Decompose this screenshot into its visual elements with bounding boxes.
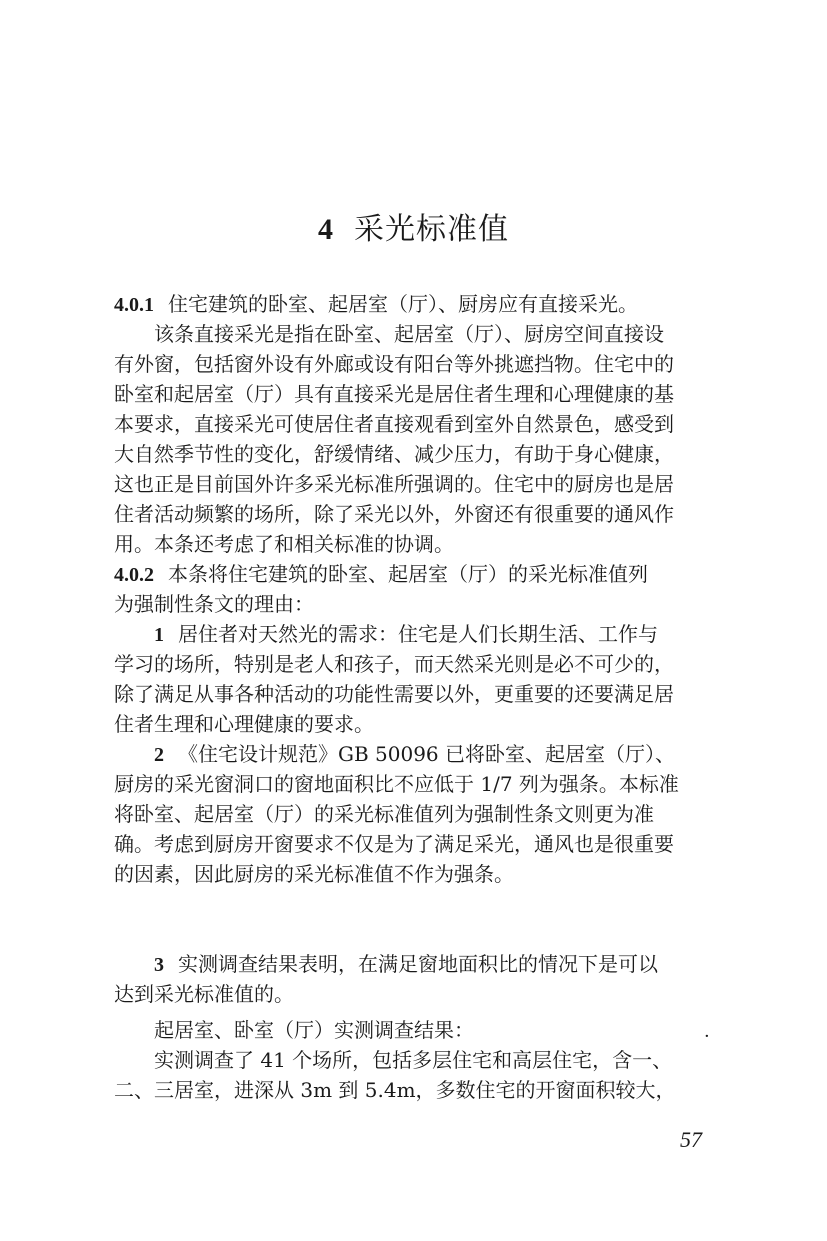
item-number: 2 — [154, 744, 164, 766]
paragraph-line: 该条直接采光是指在卧室、起居室（厅）、厨房空间直接设 — [154, 319, 718, 349]
chapter-title: 4采光标准值 — [0, 204, 827, 248]
item-number: 3 — [154, 954, 164, 976]
paragraph-line: 住者活动频繁的场所，除了采光以外，外窗还有很重要的通风作 — [114, 499, 718, 529]
paragraph-line: 住者生理和心理健康的要求。 — [114, 709, 718, 739]
paragraph-line: 大自然季节性的变化，舒缓情绪、减少压力，有助于身心健康， — [114, 439, 718, 469]
paragraph-line: 这也正是目前国外许多采光标准所强调的。住宅中的厨房也是居 — [114, 469, 718, 499]
paragraph-line: 达到采光标准值的。 — [114, 979, 718, 1009]
paragraph-line: 为强制性条文的理由： — [114, 589, 718, 619]
paragraph-line: 用。本条还考虑了和相关标准的协调。 — [114, 529, 718, 559]
paragraph-line: 厨房的采光窗洞口的窗地面积比不应低于 1/7 列为强条。本标准 — [114, 769, 718, 799]
paragraph-line: 将卧室、起居室（厅）的采光标准值列为强制性条文则更为准 — [114, 799, 718, 829]
item-text: 实测调查结果表明，在满足窗地面积比的情况下是可以 — [178, 952, 658, 976]
paragraph-line: 学习的场所，特别是老人和孩子，而天然采光则是必不可少的， — [114, 649, 718, 679]
clause-number: 4.0.1 — [114, 294, 154, 316]
paragraph-line: 卧室和起居室（厅）具有直接采光是居住者生理和心理健康的基 — [114, 379, 718, 409]
paragraph-line: 的因素，因此厨房的采光标准值不作为强条。 — [114, 859, 718, 889]
list-item-2: 2《住宅设计规范》GB 50096 已将卧室、起居室（厅）、 — [154, 739, 718, 770]
item-text: 《住宅设计规范》GB 50096 已将卧室、起居室（厅）、 — [178, 742, 675, 766]
list-item-1: 1居住者对天然光的需求：住宅是人们长期生活、工作与 — [154, 619, 718, 650]
clause-number: 4.0.2 — [114, 564, 154, 586]
stray-mark: · — [704, 1026, 710, 1047]
item-text: 居住者对天然光的需求：住宅是人们长期生活、工作与 — [178, 622, 658, 646]
paragraph-line: 本要求，直接采光可使居住者直接观看到室外自然景色，感受到 — [114, 409, 718, 439]
item-number: 1 — [154, 624, 164, 646]
clause-4-0-2-heading: 4.0.2本条将住宅建筑的卧室、起居室（厅）的采光标准值列 — [114, 559, 718, 590]
clause-4-0-1-heading: 4.0.1住宅建筑的卧室、起居室（厅）、厨房应有直接采光。 — [114, 289, 718, 320]
paragraph-line: 有外窗，包括窗外设有外廊或设有阳台等外挑遮挡物。住宅中的 — [114, 349, 718, 379]
paragraph-line: 二、三居室，进深从 3m 到 5.4m，多数住宅的开窗面积较大， — [114, 1075, 718, 1105]
page-number: 57 — [680, 1127, 702, 1153]
list-item-3: 3实测调查结果表明，在满足窗地面积比的情况下是可以 — [154, 949, 718, 980]
paragraph-line: 实测调查了 41 个场所，包括多层住宅和高层住宅，含一、 — [154, 1045, 718, 1075]
survey-subheading: 起居室、卧室（厅）实测调查结果： — [154, 1015, 718, 1045]
clause-lead: 住宅建筑的卧室、起居室（厅）、厨房应有直接采光。 — [168, 292, 638, 316]
clause-lead: 本条将住宅建筑的卧室、起居室（厅）的采光标准值列 — [168, 562, 648, 586]
chapter-title-text: 采光标准值 — [354, 212, 509, 247]
paragraph-line: 除了满足从事各种活动的功能性需要以外，更重要的还要满足居 — [114, 679, 718, 709]
chapter-number: 4 — [318, 213, 334, 246]
paragraph-line: 确。考虑到厨房开窗要求不仅是为了满足采光，通风也是很重要 — [114, 829, 718, 859]
